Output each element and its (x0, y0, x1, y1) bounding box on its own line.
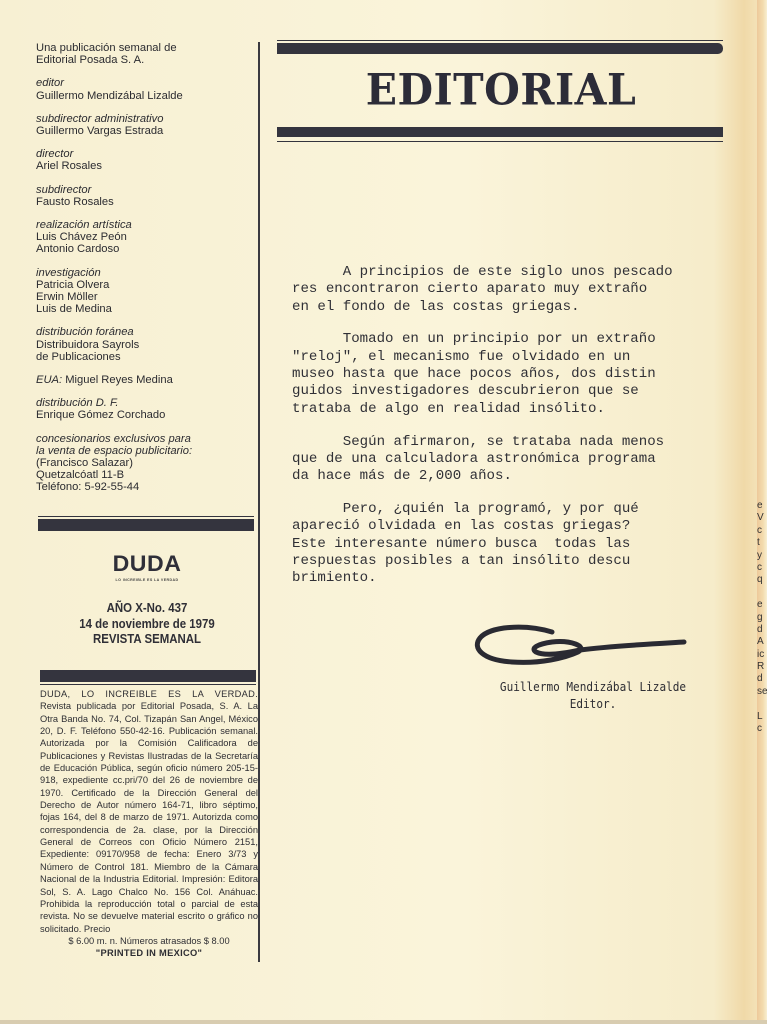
editorial-line: respuestas posibles a tan insólito descu (292, 553, 732, 570)
fragment-char: e (757, 599, 767, 611)
fragment-char: c (757, 525, 767, 537)
next-page-fragment: eVctycqegdAicRdseLc (757, 500, 767, 735)
credit-role: investigación (36, 267, 261, 279)
issue-type: REVISTA SEMANAL (51, 631, 243, 647)
legal-title: DUDA, LO INCREIBLE ES LA VERDAD. (40, 688, 258, 700)
fragment-char (757, 698, 767, 710)
masthead-intro: Una publicación semanal de Editorial Pos… (36, 42, 261, 66)
issue-info: AÑO X-No. 437 14 de noviembre de 1979 RE… (51, 600, 243, 647)
credit-role: realización artística (36, 219, 261, 231)
editorial-line: apareció olvidada en las costas griegas? (292, 518, 732, 535)
editorial-paragraph: A principios de este siglo unos pescador… (292, 264, 732, 316)
editorial-line: res encontraron cierto aparato muy extra… (292, 281, 732, 298)
fragment-char: se (757, 686, 767, 698)
credit-block: editorGuillermo Mendizábal Lizalde (36, 77, 261, 101)
divider-rule (38, 516, 254, 517)
credit-block: directorAriel Rosales (36, 148, 261, 172)
advertising-contact: concesionarios exclusivos para la venta … (36, 433, 261, 494)
logo-block: DUDA LO INCREIBLE ES LA VERDAD AÑO X-No.… (38, 552, 256, 647)
editorial-paragraph: Según afirmaron, se trataba nada menosqu… (292, 434, 732, 486)
printed-in-mexico: "PRINTED IN MEXICO" (40, 947, 258, 959)
credit-eua: EUA: Miguel Reyes Medina (36, 374, 261, 386)
credit-block: investigaciónPatricia OlveraErwin Möller… (36, 267, 261, 316)
editorial-line: en el fondo de las costas griegas. (292, 299, 732, 316)
legal-notice: DUDA, LO INCREIBLE ES LA VERDAD. Revista… (40, 688, 258, 960)
editorial-line: Pero, ¿quién la programó, y por qué (292, 501, 732, 518)
credit-block: distribución foráneaDistribuidora Sayrol… (36, 326, 261, 363)
editorial-title: EDITORIAL (278, 61, 724, 120)
signature-title: Editor. (485, 696, 700, 713)
divider-rule (40, 684, 256, 685)
fragment-char: t (757, 537, 767, 549)
editorial-line: "reloj", el mecanismo fue olvidado en un (292, 349, 732, 366)
editorial-line: Tomado en un principio por un extraño (292, 331, 732, 348)
editorial-line: guidos investigadores descubrieron que s… (292, 383, 732, 400)
editorial-line: trataba de algo en realidad insólito. (292, 401, 732, 418)
magazine-page: Una publicación semanal de Editorial Pos… (0, 0, 767, 1024)
legal-price: $ 6.00 m. n. Números atrasados $ 8.00 (40, 935, 258, 947)
fragment-char (757, 587, 767, 599)
fragment-char: c (757, 723, 767, 735)
credit-name: Erwin Möller (36, 291, 261, 303)
divider-bar (40, 670, 256, 682)
fragment-char: y (757, 550, 767, 562)
credit-block: subdirectorFausto Rosales (36, 184, 261, 208)
staff-credits-2: distribución D. F.Enrique Gómez Corchado (36, 397, 261, 421)
credit-role: subdirector administrativo (36, 113, 261, 125)
credit-block: realización artísticaLuis Chávez PeónAnt… (36, 219, 261, 256)
credit-name: Antonio Cardoso (36, 243, 261, 255)
editorial-line: brimiento. (292, 570, 732, 587)
credit-name: Patricia Olvera (36, 279, 261, 291)
masthead: Una publicación semanal de Editorial Pos… (36, 42, 261, 505)
credit-block: distribución D. F.Enrique Gómez Corchado (36, 397, 261, 421)
credit-name: Guillermo Mendizábal Lizalde (36, 90, 261, 102)
fragment-char: g (757, 612, 767, 624)
editorial-body: A principios de este siglo unos pescador… (292, 264, 732, 603)
duda-logo: DUDA (33, 552, 262, 576)
fragment-char: V (757, 512, 767, 524)
fragment-char: e (757, 500, 767, 512)
credit-name: Distribuidora Sayrols (36, 339, 261, 351)
signature-block: Guillermo Mendizábal Lizalde Editor. (485, 679, 700, 713)
header-rule-bottom (277, 141, 723, 142)
fragment-char: A (757, 636, 767, 648)
fragment-char: d (757, 624, 767, 636)
credit-name: Luis Chávez Peón (36, 231, 261, 243)
fragment-char: c (757, 562, 767, 574)
header-bar-bottom (277, 127, 723, 137)
credit-role: director (36, 148, 261, 160)
editorial-line: da hace más de 2,000 años. (292, 468, 732, 485)
credit-name: Luis de Medina (36, 303, 261, 315)
credit-role: distribución foránea (36, 326, 261, 338)
issue-date: 14 de noviembre de 1979 (51, 616, 243, 632)
credit-name: Guillermo Vargas Estrada (36, 125, 261, 137)
fragment-char: R (757, 661, 767, 673)
header-bar-top (277, 43, 723, 54)
divider-bar (38, 519, 254, 531)
fragment-char: d (757, 673, 767, 685)
credit-name: Enrique Gómez Corchado (36, 409, 261, 421)
signature-name: Guillermo Mendizábal Lizalde (485, 679, 700, 696)
editorial-line: Según afirmaron, se trataba nada menos (292, 434, 732, 451)
credit-name: de Publicaciones (36, 351, 261, 363)
signature-icon (470, 612, 700, 682)
credit-role: subdirector (36, 184, 261, 196)
fragment-char: ic (757, 649, 767, 661)
editorial-paragraph: Pero, ¿quién la programó, y por quéapare… (292, 501, 732, 587)
fragment-char: L (757, 711, 767, 723)
credit-name: Fausto Rosales (36, 196, 261, 208)
credit-role: distribución D. F. (36, 397, 261, 409)
header-rule-top (277, 40, 723, 41)
editorial-line: que de una calculadora astronómica progr… (292, 451, 732, 468)
credit-block: subdirector administrativoGuillermo Varg… (36, 113, 261, 137)
logo-tagline: LO INCREIBLE ES LA VERDAD (38, 578, 256, 582)
staff-credits: editorGuillermo Mendizábal Lizaldesubdir… (36, 77, 261, 363)
editorial-line: Este interesante número busca todas las (292, 536, 732, 553)
page-bottom-edge (0, 1020, 767, 1024)
legal-body: Revista publicada por Editorial Posada, … (40, 700, 258, 935)
credit-name: Ariel Rosales (36, 160, 261, 172)
column-rule (258, 42, 260, 962)
editorial-line: A principios de este siglo unos pescado (292, 264, 732, 281)
credit-role: editor (36, 77, 261, 89)
issue-number: AÑO X-No. 437 (51, 600, 243, 616)
fragment-char: q (757, 574, 767, 586)
editorial-line: museo hasta que hace pocos años, dos dis… (292, 366, 732, 383)
editorial-paragraph: Tomado en un principio por un extraño"re… (292, 331, 732, 417)
